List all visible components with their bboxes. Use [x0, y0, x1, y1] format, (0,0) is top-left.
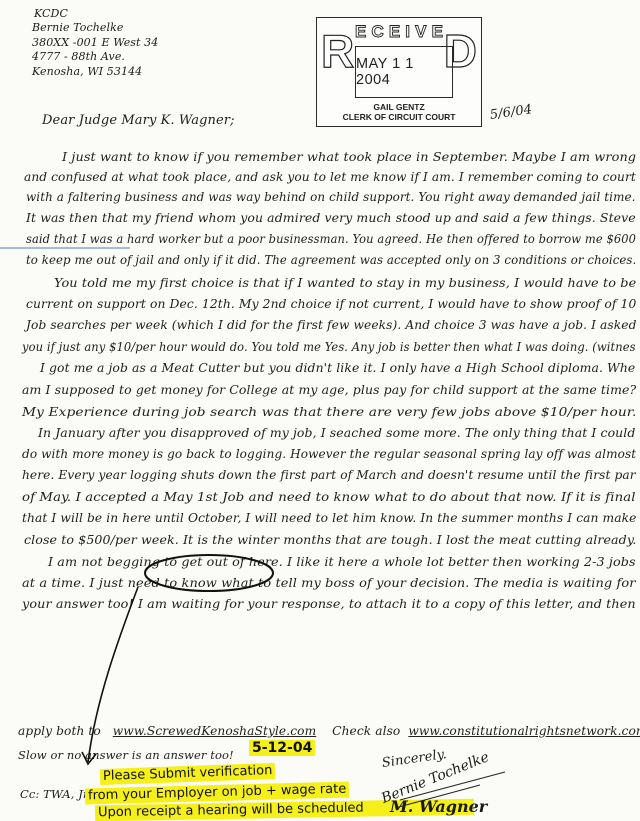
link-screwed-kenosha[interactable]: www.ScrewedKenoshaStyle.com	[113, 724, 316, 738]
letter-line: I just want to know if you remember what…	[62, 150, 636, 164]
letter-line: I got me a job as a Meat Cutter but you …	[40, 361, 635, 375]
clerk-title: CLERK OF CIRCUIT COURT	[317, 112, 481, 122]
stamp-letters: E C E I V E	[355, 22, 443, 42]
salutation: Dear Judge Mary K. Wagner;	[42, 113, 235, 128]
address-line: Kenosha, WI 53144	[32, 64, 142, 79]
judge-signature: M. Wagner	[390, 797, 487, 816]
letter-line: you if just any $10/per hour would do. Y…	[22, 340, 636, 354]
letter-line: I am not begging to get out of here. I l…	[48, 555, 636, 569]
letter-line: current on support on Dec. 12th. My 2nd …	[26, 297, 636, 311]
address-line: 380XX -001 E West 34	[32, 35, 158, 50]
address-line: Bernie Tochelke	[32, 20, 124, 35]
annotation-line-1: Please Submit verification	[100, 763, 276, 785]
letter-line: of May. I accepted a May 1st Job and nee…	[22, 490, 636, 504]
letter-line: Job searches per week (which I did for t…	[26, 318, 637, 332]
links-middle: Check also	[332, 724, 400, 738]
letter-line: It was then that my friend whom you admi…	[26, 211, 636, 225]
stamp-letter: E	[389, 22, 400, 42]
letter-line: close to $500/per week. It is the winter…	[24, 533, 636, 547]
letter-line: at a time. I just need to know what to t…	[22, 576, 636, 590]
links-line: apply both to www.ScrewedKenoshaStyle.co…	[18, 724, 640, 738]
letter-line: do with more money is go back to logging…	[22, 447, 636, 461]
links-prefix: apply both to	[18, 724, 101, 738]
letter-date: 5/6/04	[489, 102, 533, 123]
letter-line: said that I was a hard worker but a poor…	[26, 232, 636, 246]
letter-line: You told me my first choice is that if I…	[54, 276, 636, 290]
letter-line: In January after you disapproved of my j…	[38, 426, 635, 440]
letter-line: am I supposed to get money for College a…	[22, 383, 636, 397]
letter-line: and confused at what took place, and ask…	[24, 170, 636, 184]
closing-line: Slow or no answer is an answer too!	[18, 748, 234, 762]
stamp-letter: E	[355, 22, 366, 42]
link-constitutional-rights[interactable]: www.constitutionalrightsnetwork.com	[408, 724, 640, 738]
address-line: 4777 - 88th Ave.	[32, 49, 125, 64]
stamp-letter: C	[371, 22, 383, 42]
letter-line: that I will be in here until October, I …	[22, 511, 637, 525]
stamp-letter: I	[405, 22, 410, 42]
letter-line: with a faltering business and was way be…	[26, 190, 636, 204]
cc-line: Cc: TWA, Jr	[20, 787, 89, 801]
annotation-date: 5-12-04	[249, 740, 315, 756]
received-stamp: R E C E I V E D MAY 1 1 2004 GAIL GENTZ …	[316, 17, 482, 127]
stamp-letter: V	[415, 22, 426, 42]
letter-line: My Experience during job search was that…	[22, 405, 636, 419]
letter-line: your answer too! I am waiting for your r…	[22, 597, 636, 611]
stamp-clerk: GAIL GENTZ CLERK OF CIRCUIT COURT	[317, 102, 481, 122]
stamp-letter-r: R	[321, 24, 354, 78]
letter-line: here. Every year logging shuts down the …	[22, 468, 636, 482]
stamp-letter: E	[432, 22, 443, 42]
stamp-date: MAY 1 1 2004	[355, 46, 453, 98]
letter-line: to keep me out of jail and only if it di…	[26, 253, 636, 267]
clerk-name: GAIL GENTZ	[317, 102, 481, 112]
address-line: KCDC	[34, 6, 68, 21]
